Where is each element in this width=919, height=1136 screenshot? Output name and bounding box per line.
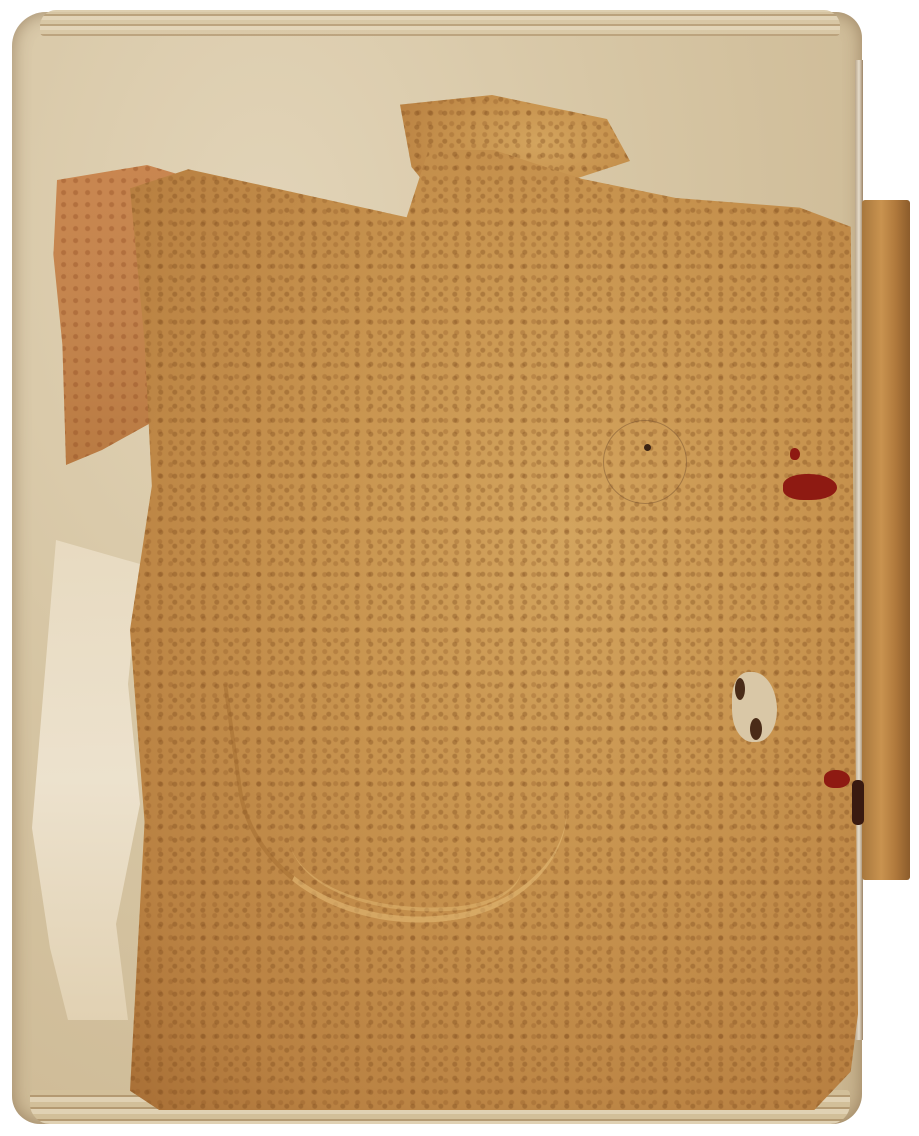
book-cover-photo [0,0,919,1136]
red-stain [790,448,800,460]
spine-gap [852,780,864,825]
tear-hole [735,678,745,700]
top-page-edges [40,10,840,36]
red-stain [783,474,837,500]
leather-cover-main [130,150,858,1110]
spine-leather-strip [862,200,910,880]
red-stain [824,770,850,788]
small-hole [644,444,651,451]
tear-hole [750,718,762,740]
circular-impression [603,420,687,504]
